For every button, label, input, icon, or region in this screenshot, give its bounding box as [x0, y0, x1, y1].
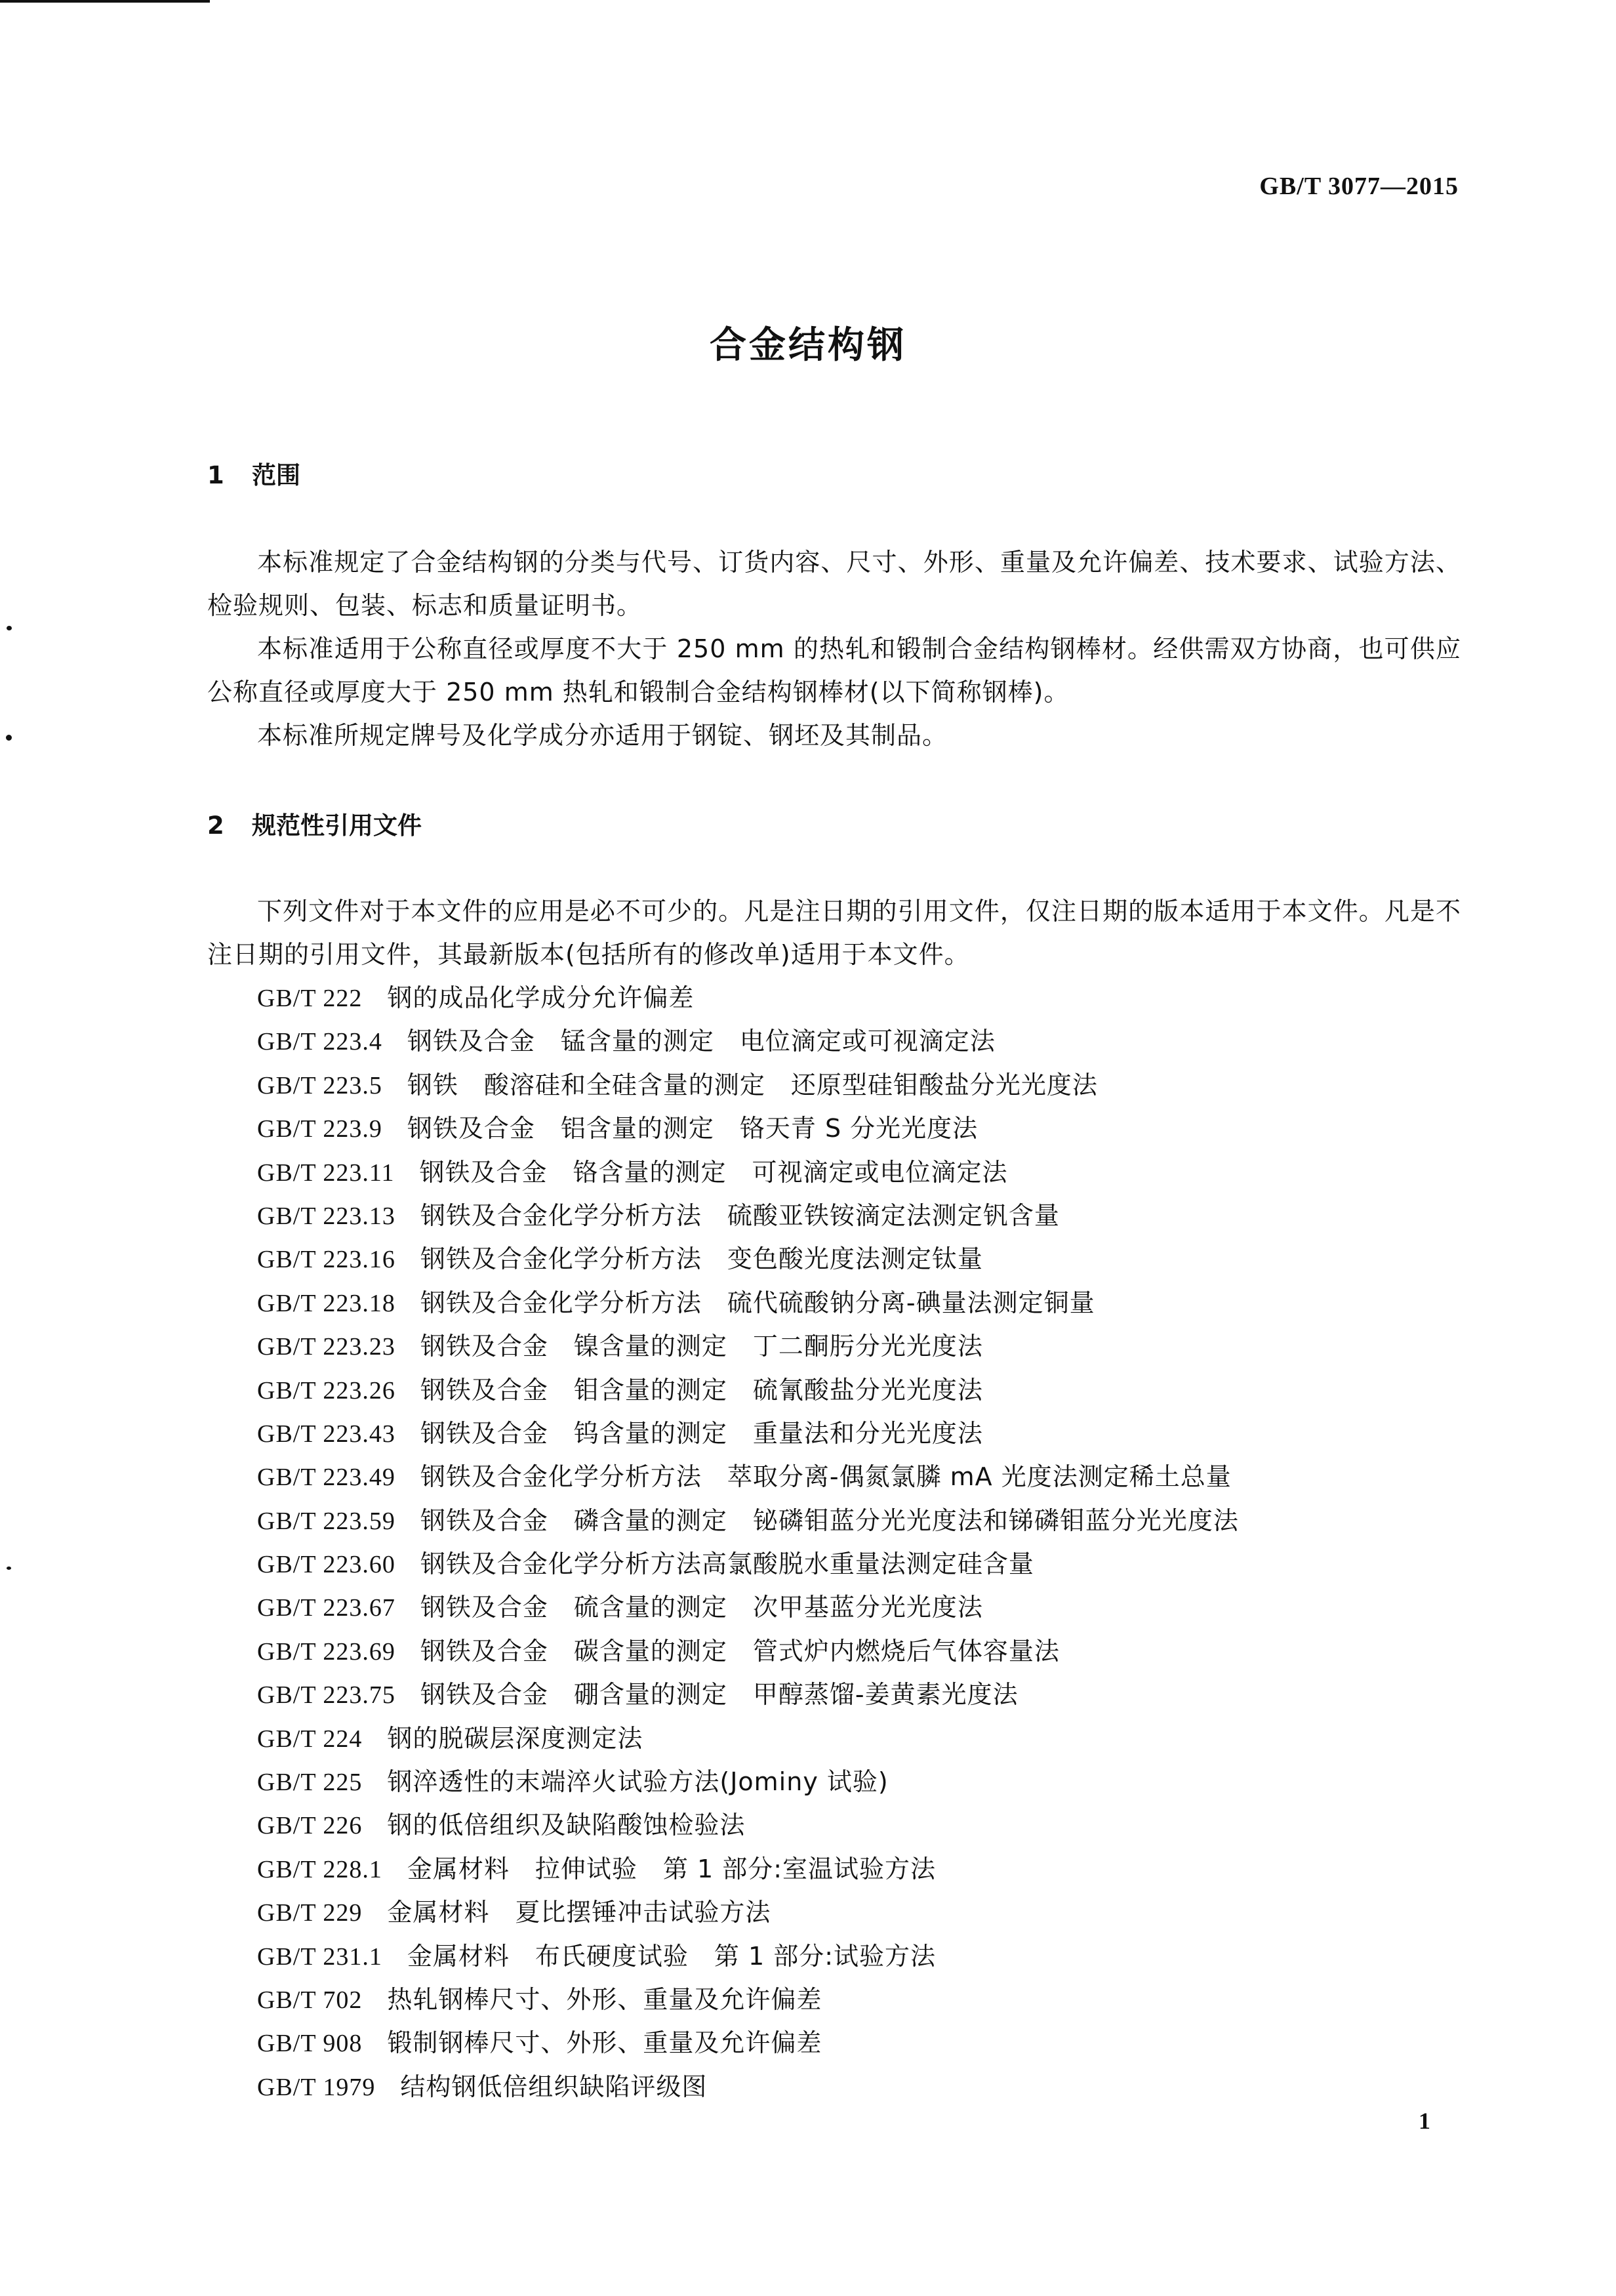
reference-item: GB/T 908锻制钢棒尺寸、外形、重量及允许偏差 — [257, 2021, 1464, 2064]
reference-code: GB/T 225 — [257, 1769, 362, 1796]
reference-item: GB/T 223.11钢铁及合金 铬含量的测定 可视滴定或电位滴定法 — [257, 1151, 1464, 1194]
reference-code: GB/T 223.60 — [257, 1551, 395, 1578]
reference-item: GB/T 226钢的低倍组织及缺陷酸蚀检验法 — [257, 1803, 1464, 1847]
reference-title: 钢铁及合金 碳含量的测定 管式炉内燃烧后气体容量法 — [420, 1637, 1060, 1666]
reference-title: 钢的成品化学成分允许偏差 — [387, 983, 694, 1012]
reference-code: GB/T 229 — [257, 1899, 362, 1927]
reference-code: GB/T 226 — [257, 1812, 362, 1839]
reference-title: 钢铁及合金 镍含量的测定 丁二酮肟分光光度法 — [420, 1332, 983, 1361]
reference-title: 金属材料 布氏硬度试验 第 1 部分:试验方法 — [407, 1942, 936, 1971]
reference-code: GB/T 223.18 — [257, 1290, 395, 1317]
reference-code: GB/T 223.11 — [257, 1159, 394, 1187]
reference-code: GB/T 223.75 — [257, 1681, 395, 1709]
reference-title: 锻制钢棒尺寸、外形、重量及允许偏差 — [387, 2028, 822, 2057]
reference-title: 钢铁及合金化学分析方法 萃取分离-偶氮氯膦 mA 光度法测定稀土总量 — [420, 1462, 1232, 1491]
reference-code: GB/T 223.49 — [257, 1464, 395, 1491]
scope-paragraph-2: 本标准适用于公称直径或厚度不大于 250 mm 的热轧和锻制合金结构钢棒材。经供… — [207, 627, 1461, 714]
reference-code: GB/T 223.13 — [257, 1202, 395, 1230]
reference-item: GB/T 223.75钢铁及合金 硼含量的测定 甲醇蒸馏-姜黄素光度法 — [257, 1673, 1464, 1716]
section-title: 规范性引用文件 — [252, 811, 422, 840]
references-intro-paragraph: 下列文件对于本文件的应用是必不可少的。凡是注日期的引用文件，仅注日期的版本适用于… — [207, 890, 1461, 976]
reference-item: GB/T 223.16钢铁及合金化学分析方法 变色酸光度法测定钛量 — [257, 1237, 1464, 1281]
reference-title: 钢铁 酸溶硅和全硅含量的测定 还原型硅钼酸盐分光光度法 — [407, 1071, 1098, 1099]
reference-title: 热轧钢棒尺寸、外形、重量及允许偏差 — [387, 1985, 822, 2014]
reference-code: GB/T 222 — [257, 985, 362, 1012]
reference-title: 钢的脱碳层深度测定法 — [387, 1724, 643, 1753]
reference-title: 钢铁及合金 锰含量的测定 电位滴定或可视滴定法 — [407, 1027, 996, 1056]
reference-code: GB/T 224 — [257, 1725, 362, 1753]
reference-item: GB/T 1979结构钢低倍组织缺陷评级图 — [257, 2065, 1464, 2108]
reference-title: 钢铁及合金化学分析方法 硫代硫酸钠分离-碘量法测定铜量 — [420, 1288, 1095, 1317]
reference-title: 钢的低倍组织及缺陷酸蚀检验法 — [387, 1811, 745, 1839]
reference-title: 金属材料 拉伸试验 第 1 部分:室温试验方法 — [407, 1855, 936, 1883]
reference-item: GB/T 223.67钢铁及合金 硫含量的测定 次甲基蓝分光光度法 — [257, 1586, 1464, 1629]
reference-title: 钢铁及合金 硼含量的测定 甲醇蒸馏-姜黄素光度法 — [420, 1680, 1019, 1709]
reference-code: GB/T 223.5 — [257, 1072, 382, 1099]
reference-item: GB/T 223.69钢铁及合金 碳含量的测定 管式炉内燃烧后气体容量法 — [257, 1630, 1464, 1673]
page-number: 1 — [1419, 2107, 1430, 2135]
reference-title: 钢铁及合金 硫含量的测定 次甲基蓝分光光度法 — [420, 1593, 983, 1622]
reference-item: GB/T 224钢的脱碳层深度测定法 — [257, 1717, 1464, 1760]
normative-references-list: GB/T 222钢的成品化学成分允许偏差 GB/T 223.4钢铁及合金 锰含量… — [257, 976, 1464, 2108]
reference-title: 钢铁及合金 钼含量的测定 硫氰酸盐分光光度法 — [420, 1376, 983, 1404]
reference-item: GB/T 223.4钢铁及合金 锰含量的测定 电位滴定或可视滴定法 — [257, 1019, 1464, 1063]
scope-paragraph-3: 本标准所规定牌号及化学成分亦适用于钢锭、钢坯及其制品。 — [207, 714, 1461, 757]
reference-item: GB/T 229金属材料 夏比摆锤冲击试验方法 — [257, 1891, 1464, 1934]
reference-title: 钢铁及合金 铝含量的测定 铬天青 S 分光光度法 — [407, 1114, 978, 1143]
reference-code: GB/T 223.43 — [257, 1420, 395, 1448]
reference-item: GB/T 223.60钢铁及合金化学分析方法高氯酸脱水重量法测定硅含量 — [257, 1542, 1464, 1586]
scope-paragraph-1: 本标准规定了合金结构钢的分类与代号、订货内容、尺寸、外形、重量及允许偏差、技术要… — [207, 541, 1461, 627]
reference-item: GB/T 231.1金属材料 布氏硬度试验 第 1 部分:试验方法 — [257, 1935, 1464, 1978]
reference-code: GB/T 702 — [257, 1986, 362, 2014]
scan-edge-line — [0, 0, 210, 3]
reference-code: GB/T 908 — [257, 2030, 362, 2057]
reference-code: GB/T 231.1 — [257, 1943, 382, 1971]
reference-title: 结构钢低倍组织缺陷评级图 — [400, 2072, 707, 2101]
scan-speck — [7, 626, 12, 630]
section-title: 范围 — [252, 461, 300, 489]
reference-code: GB/T 223.59 — [257, 1507, 395, 1535]
scan-speck — [6, 735, 12, 741]
reference-item: GB/T 223.5钢铁 酸溶硅和全硅含量的测定 还原型硅钼酸盐分光光度法 — [257, 1063, 1464, 1107]
reference-code: GB/T 223.69 — [257, 1638, 395, 1666]
reference-item: GB/T 223.9钢铁及合金 铝含量的测定 铬天青 S 分光光度法 — [257, 1107, 1464, 1150]
reference-item: GB/T 222钢的成品化学成分允许偏差 — [257, 976, 1464, 1019]
section-1-heading: 1范围 — [207, 455, 300, 491]
reference-code: GB/T 223.4 — [257, 1028, 382, 1056]
reference-item: GB/T 223.18钢铁及合金化学分析方法 硫代硫酸钠分离-碘量法测定铜量 — [257, 1281, 1464, 1324]
section-number: 2 — [207, 811, 252, 840]
reference-title: 钢铁及合金 铬含量的测定 可视滴定或电位滴定法 — [419, 1158, 1007, 1187]
section-2-heading: 2规范性引用文件 — [207, 806, 422, 841]
reference-title: 钢铁及合金化学分析方法 变色酸光度法测定钛量 — [420, 1244, 983, 1273]
reference-item: GB/T 228.1金属材料 拉伸试验 第 1 部分:室温试验方法 — [257, 1847, 1464, 1891]
reference-item: GB/T 223.13钢铁及合金化学分析方法 硫酸亚铁铵滴定法测定钒含量 — [257, 1194, 1464, 1237]
reference-code: GB/T 223.67 — [257, 1594, 395, 1622]
scan-speck — [7, 1567, 11, 1570]
reference-code: GB/T 223.9 — [257, 1115, 382, 1143]
reference-code: GB/T 223.26 — [257, 1377, 395, 1404]
reference-item: GB/T 223.49钢铁及合金化学分析方法 萃取分离-偶氮氯膦 mA 光度法测… — [257, 1455, 1464, 1498]
reference-item: GB/T 225钢淬透性的末端淬火试验方法(Jominy 试验) — [257, 1760, 1464, 1803]
reference-code: GB/T 223.23 — [257, 1333, 395, 1361]
standard-code: GB/T 3077—2015 — [1259, 172, 1459, 201]
reference-title: 钢淬透性的末端淬火试验方法(Jominy 试验) — [387, 1767, 888, 1796]
reference-item: GB/T 223.59钢铁及合金 磷含量的测定 铋磷钼蓝分光光度法和锑磷钼蓝分光… — [257, 1499, 1464, 1542]
reference-title: 钢铁及合金 钨含量的测定 重量法和分光光度法 — [420, 1419, 983, 1448]
reference-item: GB/T 702热轧钢棒尺寸、外形、重量及允许偏差 — [257, 1978, 1464, 2021]
reference-title: 金属材料 夏比摆锤冲击试验方法 — [387, 1898, 771, 1927]
reference-item: GB/T 223.26钢铁及合金 钼含量的测定 硫氰酸盐分光光度法 — [257, 1368, 1464, 1412]
reference-code: GB/T 228.1 — [257, 1856, 382, 1883]
document-title: 合金结构钢 — [0, 316, 1616, 369]
reference-code: GB/T 223.16 — [257, 1246, 395, 1273]
reference-code: GB/T 1979 — [257, 2074, 375, 2101]
section-number: 1 — [207, 461, 252, 489]
reference-item: GB/T 223.43钢铁及合金 钨含量的测定 重量法和分光光度法 — [257, 1412, 1464, 1455]
reference-item: GB/T 223.23钢铁及合金 镍含量的测定 丁二酮肟分光光度法 — [257, 1324, 1464, 1368]
reference-title: 钢铁及合金化学分析方法 硫酸亚铁铵滴定法测定钒含量 — [420, 1201, 1060, 1230]
reference-title: 钢铁及合金化学分析方法高氯酸脱水重量法测定硅含量 — [420, 1549, 1034, 1578]
reference-title: 钢铁及合金 磷含量的测定 铋磷钼蓝分光光度法和锑磷钼蓝分光光度法 — [420, 1506, 1239, 1535]
